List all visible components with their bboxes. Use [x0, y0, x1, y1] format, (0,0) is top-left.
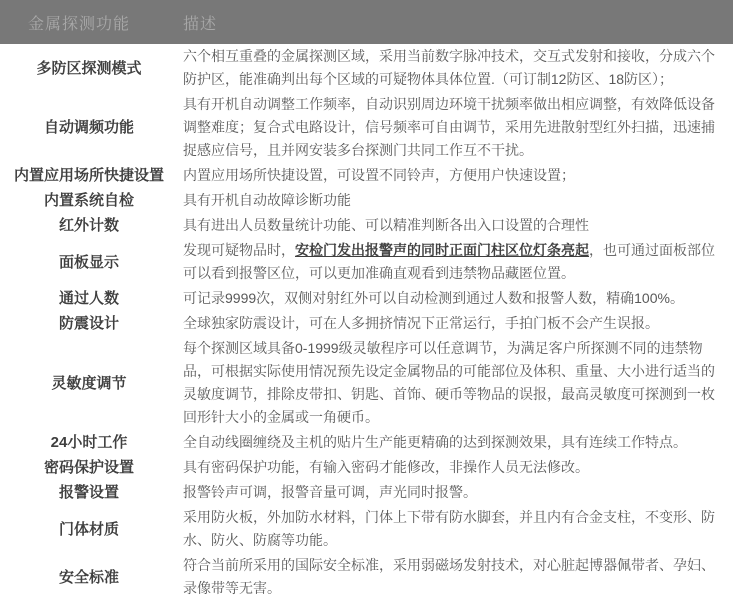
table-row-24h-operation: 24小时工作 全自动线圈缠绕及主机的贴片生产能更精确的达到探测效果，具有连续工作…: [0, 430, 733, 455]
table-row-safety-standard: 安全标准 符合当前所采用的国际安全标准，采用弱磁场发射技术，对心脏起博器佩带者、…: [0, 553, 733, 601]
feature-label: 防震设计: [0, 312, 178, 335]
feature-description: 具有开机自动故障诊断功能: [178, 189, 733, 212]
feature-description: 采用防火板，外加防水材料，门体上下带有防水脚套，并且内有合金支柱，不变形、防水、…: [178, 506, 733, 552]
table-row-quick-presets: 内置应用场所快捷设置 内置应用场所快捷设置，可设置不同铃声，方便用户快速设置；: [0, 163, 733, 188]
feature-label: 密码保护设置: [0, 456, 178, 479]
feature-label: 安全标准: [0, 566, 178, 589]
description-text: 发现可疑物品时，: [183, 242, 295, 258]
feature-description: 六个相互重叠的金属探测区域，采用当前数字脉冲技术，交互式发射和接收，分成六个防护…: [178, 45, 733, 91]
table-row-door-material: 门体材质 采用防火板，外加防水材料，门体上下带有防水脚套，并且内有合金支柱，不变…: [0, 505, 733, 553]
table-row-sensitivity: 灵敏度调节 每个探测区域具备0-1999级灵敏程序可以任意调节，为满足客户所探测…: [0, 336, 733, 430]
spec-table-page: 金属探测功能 描述 多防区探测模式 六个相互重叠的金属探测区域，采用当前数字脉冲…: [0, 0, 733, 601]
table-row-alarm-settings: 报警设置 报警铃声可调，报警音量可调，声光同时报警。: [0, 480, 733, 505]
feature-label: 自动调频功能: [0, 116, 178, 139]
description-emphasis: 安检门发出报警声的同时正面门柱区位灯条亮起: [295, 242, 589, 258]
feature-description: 具有密码保护功能，有输入密码才能修改，非操作人员无法修改。: [178, 456, 733, 479]
feature-label: 24小时工作: [0, 431, 178, 454]
table-header-row: 金属探测功能 描述: [0, 0, 733, 44]
feature-label: 门体材质: [0, 518, 178, 541]
feature-label: 面板显示: [0, 251, 178, 274]
feature-description: 具有进出人员数量统计功能、可以精准判断各出入口设置的合理性: [178, 214, 733, 237]
table-row-self-check: 内置系统自检 具有开机自动故障诊断功能: [0, 188, 733, 213]
feature-description: 符合当前所采用的国际安全标准，采用弱磁场发射技术，对心脏起博器佩带者、孕妇、录像…: [178, 554, 733, 600]
table-row-auto-frequency: 自动调频功能 具有开机自动调整工作频率，自动识别周边环境干扰频率做出相应调整，有…: [0, 92, 733, 163]
feature-label: 内置应用场所快捷设置: [0, 164, 178, 187]
feature-label: 多防区探测模式: [0, 57, 178, 80]
table-row-multi-zone-mode: 多防区探测模式 六个相互重叠的金属探测区域，采用当前数字脉冲技术，交互式发射和接…: [0, 44, 733, 92]
feature-description: 全球独家防震设计，可在人多拥挤情况下正常运行，手拍门板不会产生误报。: [178, 312, 733, 335]
table-row-infrared-counting: 红外计数 具有进出人员数量统计功能、可以精准判断各出入口设置的合理性: [0, 213, 733, 238]
header-feature-column: 金属探测功能: [0, 11, 178, 34]
feature-label: 通过人数: [0, 287, 178, 310]
feature-description: 具有开机自动调整工作频率，自动识别周边环境干扰频率做出相应调整，有效降低设备调整…: [178, 93, 733, 162]
feature-description: 全自动线圈缠绕及主机的贴片生产能更精确的达到探测效果，具有连续工作特点。: [178, 431, 733, 454]
table-row-panel-display: 面板显示 发现可疑物品时，安检门发出报警声的同时正面门柱区位灯条亮起，也可通过面…: [0, 238, 733, 286]
header-description-column: 描述: [178, 11, 733, 34]
feature-description: 发现可疑物品时，安检门发出报警声的同时正面门柱区位灯条亮起，也可通过面板部位可以…: [178, 239, 733, 285]
table-row-shock-proof: 防震设计 全球独家防震设计，可在人多拥挤情况下正常运行，手拍门板不会产生误报。: [0, 311, 733, 336]
feature-description: 可记录9999次，双侧对射红外可以自动检测到通过人数和报警人数，精确100%。: [178, 287, 733, 310]
feature-description: 内置应用场所快捷设置，可设置不同铃声，方便用户快速设置；: [178, 164, 733, 187]
feature-label: 红外计数: [0, 214, 178, 237]
feature-label: 报警设置: [0, 481, 178, 504]
table-row-pass-count: 通过人数 可记录9999次，双侧对射红外可以自动检测到通过人数和报警人数，精确1…: [0, 286, 733, 311]
feature-description: 每个探测区域具备0-1999级灵敏程序可以任意调节，为满足客户所探测不同的违禁物…: [178, 337, 733, 429]
table-row-password-protection: 密码保护设置 具有密码保护功能，有输入密码才能修改，非操作人员无法修改。: [0, 455, 733, 480]
feature-label: 内置系统自检: [0, 189, 178, 212]
feature-description: 报警铃声可调，报警音量可调，声光同时报警。: [178, 481, 733, 504]
table-body: 多防区探测模式 六个相互重叠的金属探测区域，采用当前数字脉冲技术，交互式发射和接…: [0, 44, 733, 601]
feature-label: 灵敏度调节: [0, 372, 178, 395]
